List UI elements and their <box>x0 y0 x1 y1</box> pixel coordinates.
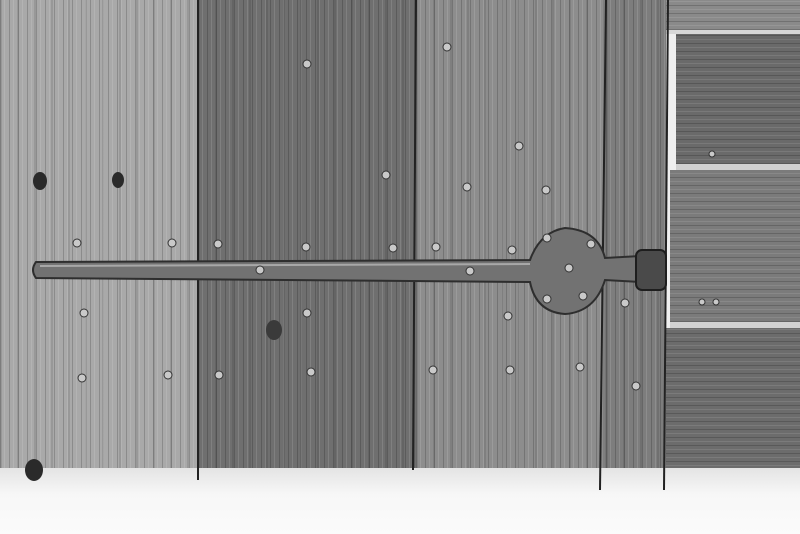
hinge-pintle <box>636 250 666 290</box>
photo-scene <box>0 0 800 534</box>
wood-knots <box>25 172 282 481</box>
hardware-overlay <box>0 0 800 534</box>
nail-heads <box>73 43 719 390</box>
